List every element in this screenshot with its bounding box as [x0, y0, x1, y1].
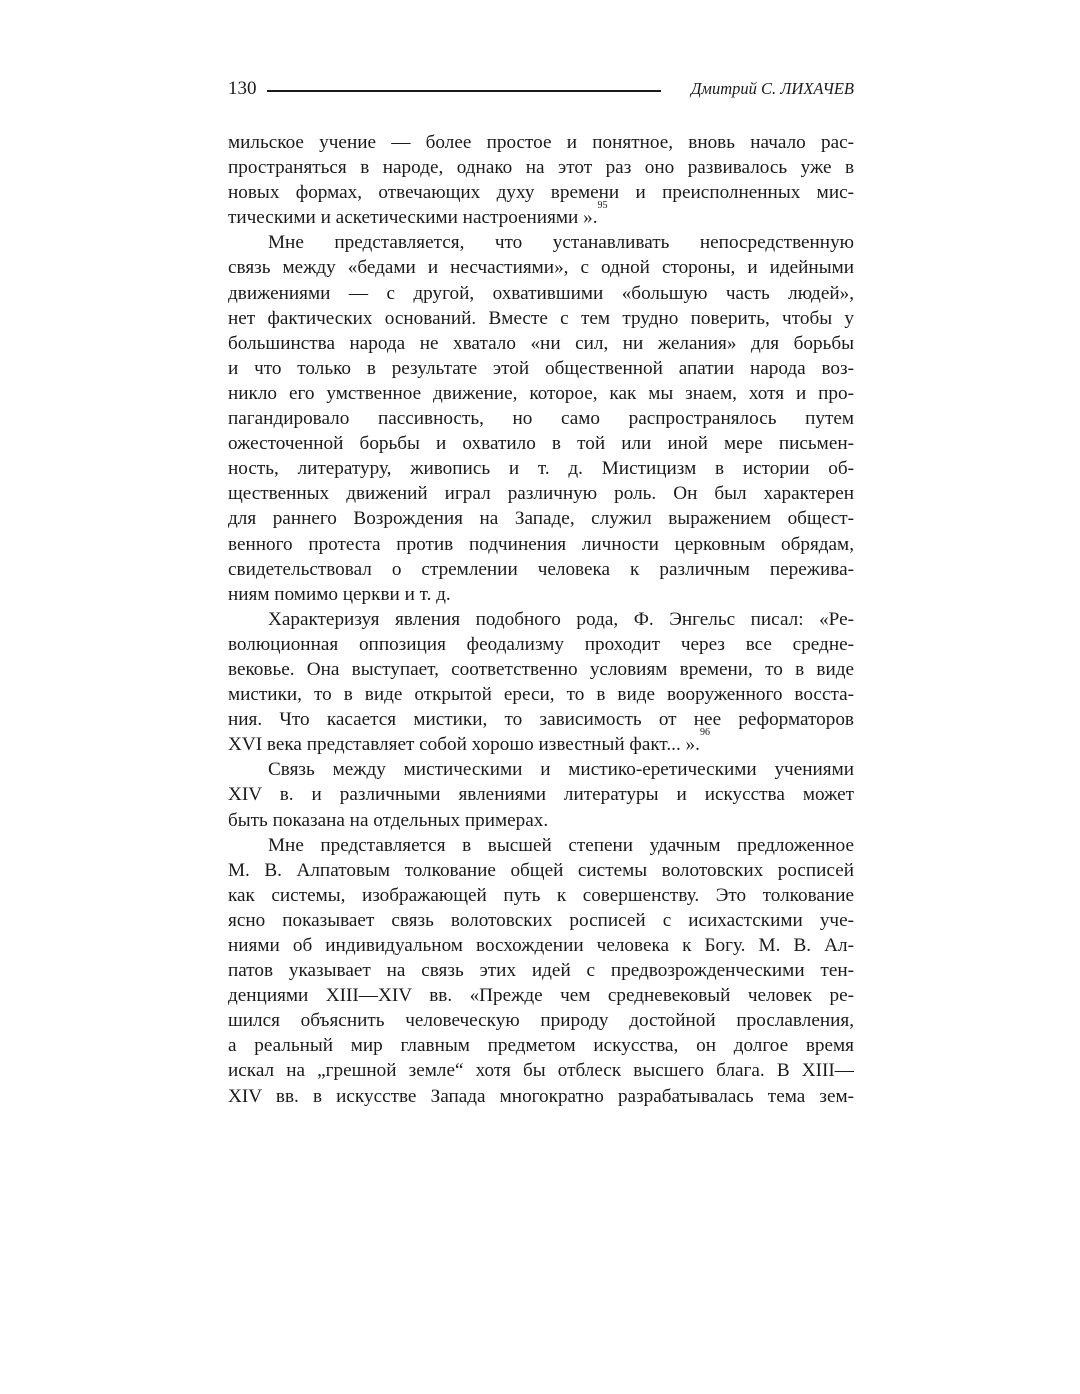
text-line: Связь между мистическими и мистико-ерети…: [228, 757, 854, 782]
text-line: нет фактических оснований. Вместе с тем …: [228, 306, 854, 331]
text-line: ния. Что касается мистики, то зависимост…: [228, 707, 854, 732]
paragraph: Мне представляется, что устанавливать не…: [228, 230, 854, 606]
text-line: вековье. Она выступает, соответственно у…: [228, 657, 854, 682]
paragraph: Характеризуя явления подобного рода, Ф. …: [228, 607, 854, 758]
footnote-marker: 96: [700, 727, 710, 738]
text-line: большинства народа не хватало «ни сил, н…: [228, 331, 854, 356]
paragraph: мильское учение — более простое и понятн…: [228, 130, 854, 230]
text-line: ность, литературу, живопись и т. д. Мист…: [228, 456, 854, 481]
footnote-marker: 95: [598, 200, 608, 211]
page-number: 130: [228, 76, 257, 102]
paragraph: Мне представляется в высшей степени удач…: [228, 833, 854, 1109]
text-line: ниям помимо церкви и т. д.: [228, 582, 854, 607]
text-line: XIV в. и различными явлениями литературы…: [228, 782, 854, 807]
text-line: пагандировало пассивность, но само распр…: [228, 406, 854, 431]
text-line: Мне представляется, что устанавливать не…: [228, 230, 854, 255]
text-line: XVI века представляет собой хорошо извес…: [228, 732, 854, 757]
text-line: никло его умственное движение, которое, …: [228, 381, 854, 406]
text-line: Характеризуя явления подобного рода, Ф. …: [228, 607, 854, 632]
text-line: ниями об индивидуальном восхождении чело…: [228, 933, 854, 958]
text-line: искал на „грешной земле“ хотя бы отблеск…: [228, 1058, 854, 1083]
text-line: щественных движений играл различную роль…: [228, 481, 854, 506]
body-text: мильское учение — более простое и понятн…: [228, 130, 854, 1109]
text-line: ожесточенной борьбы и охватило в той или…: [228, 431, 854, 456]
running-head: Дмитрий С. ЛИХАЧЕВ: [661, 76, 855, 102]
text-line: патов указывает на связь этих идей с пре…: [228, 958, 854, 983]
text-line: быть показана на отдельных примерах.: [228, 808, 854, 833]
text-line: новых формах, отвечающих духу времени и …: [228, 180, 854, 205]
text-line: денциями XIII—XIV вв. «Прежде чем средне…: [228, 983, 854, 1008]
text-line-content: XVI века представляет собой хорошо извес…: [228, 734, 700, 755]
text-line: мистики, то в виде открытой ереси, то в …: [228, 682, 854, 707]
text-line: шился объяснить человеческую природу дос…: [228, 1008, 854, 1033]
text-line: М. В. Алпатовым толкование общей системы…: [228, 858, 854, 883]
text-line: а реальный мир главным предметом искусст…: [228, 1033, 854, 1058]
text-line: XIV вв. в искусстве Запада многократно р…: [228, 1084, 854, 1109]
text-line: и что только в результате этой обществен…: [228, 356, 854, 381]
text-line: пространяться в народе, однако на этот р…: [228, 155, 854, 180]
header-rule: [267, 90, 661, 92]
text-line-content: тическими и аскетическими настроениями »…: [228, 207, 598, 228]
text-line: свидетельствовал о стремлении человека к…: [228, 557, 854, 582]
text-line: тическими и аскетическими настроениями »…: [228, 205, 854, 230]
text-line: связь между «бедами и несчастиями», с од…: [228, 255, 854, 280]
text-line: венного протеста против подчинения лично…: [228, 532, 854, 557]
text-line: как системы, изображающей путь к соверше…: [228, 883, 854, 908]
text-line: ясно показывает связь волотовских роспис…: [228, 908, 854, 933]
paragraph: Связь между мистическими и мистико-ерети…: [228, 757, 854, 832]
text-line: волюционная оппозиция феодализму проходи…: [228, 632, 854, 657]
text-line: мильское учение — более простое и понятн…: [228, 130, 854, 155]
text-line: движениями — с другой, охватившими «боль…: [228, 281, 854, 306]
text-line: Мне представляется в высшей степени удач…: [228, 833, 854, 858]
text-line: для раннего Возрождения на Западе, служи…: [228, 506, 854, 531]
page-header: 130 Дмитрий С. ЛИХАЧЕВ: [228, 76, 854, 102]
